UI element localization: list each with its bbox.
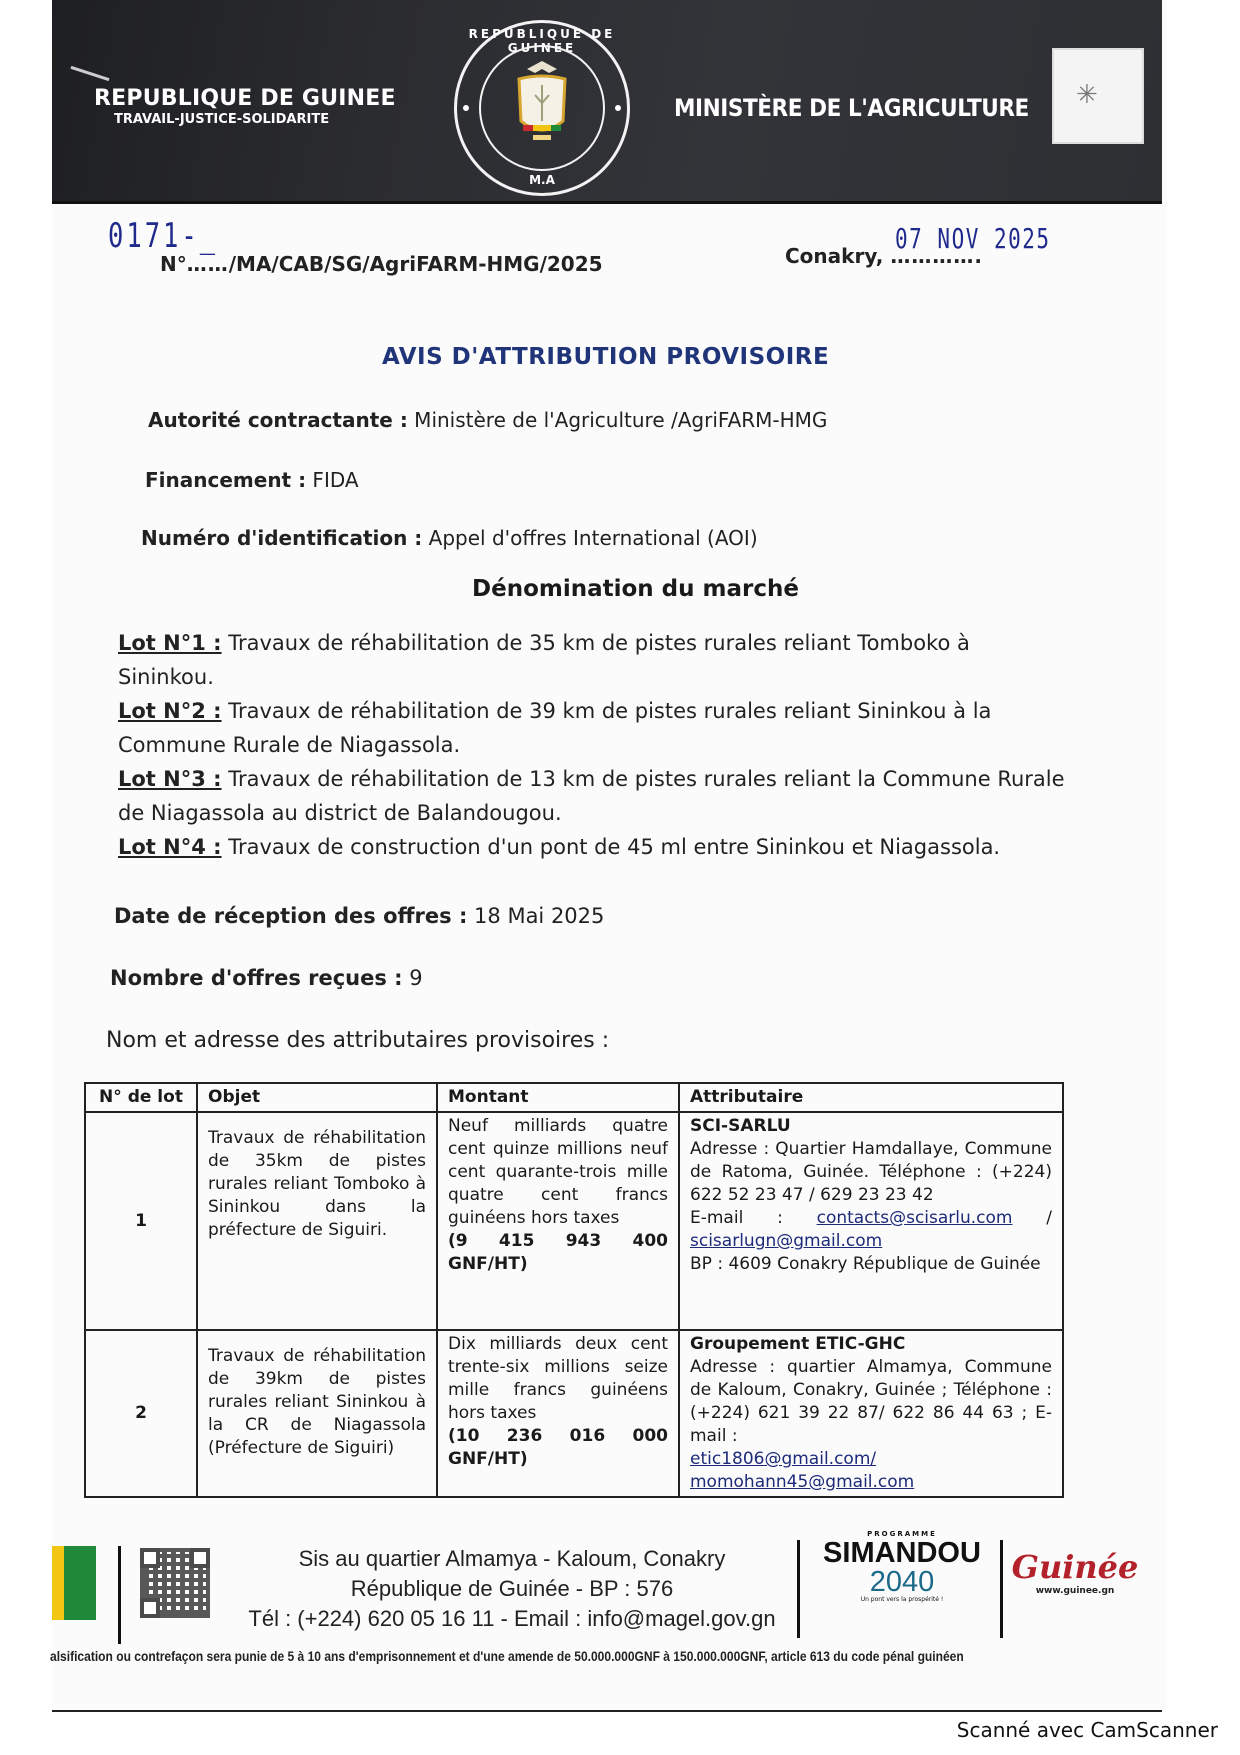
- email-link[interactable]: scisarlugn@gmail.com: [690, 1231, 882, 1251]
- identification-number: Numéro d'identification : Appel d'offres…: [141, 526, 758, 550]
- table-row: 2 Travaux de réhabilitation de 39km de p…: [85, 1330, 1063, 1497]
- divider: [118, 1546, 121, 1644]
- scanner-watermark: Scanné avec CamScanner: [957, 1718, 1218, 1742]
- column-header-attributaire: Attributaire: [679, 1083, 1063, 1112]
- lot-amount: Neuf milliards quatre cent quinze millio…: [437, 1112, 679, 1330]
- lot-number: 2: [85, 1330, 197, 1497]
- financing: Financement : FIDA: [145, 468, 359, 492]
- divider: [797, 1540, 800, 1638]
- lot-amount: Dix milliards deux cent trente-six milli…: [437, 1330, 679, 1497]
- header-banner: REPUBLIQUE DE GUINEE TRAVAIL-JUSTICE-SOL…: [52, 0, 1162, 204]
- lot-number: 1: [85, 1112, 197, 1330]
- email-link[interactable]: etic1806@gmail.com/: [690, 1449, 876, 1469]
- lot-awardee: SCI-SARLU Adresse : Quartier Hamdallaye,…: [679, 1112, 1063, 1330]
- lot-object: Travaux de réhabilitation de 35km de pis…: [197, 1112, 437, 1330]
- offers-reception-date: Date de réception des offres : 18 Mai 20…: [114, 904, 604, 928]
- document-title: AVIS D'ATTRIBUTION PROVISOIRE: [382, 344, 829, 370]
- awardees-table: N° de lot Objet Montant Attributaire 1 T…: [84, 1082, 1064, 1498]
- contracting-authority: Autorité contractante : Ministère de l'A…: [148, 408, 827, 432]
- lot-awardee: Groupement ETIC-GHC Adresse : quartier A…: [679, 1330, 1063, 1497]
- divider: [1000, 1540, 1003, 1638]
- coat-of-arms-icon: [497, 59, 587, 153]
- column-header-lot: N° de lot: [85, 1083, 197, 1112]
- ministry-name: MINISTÈRE DE L'AGRICULTURE: [674, 94, 1029, 122]
- column-header-montant: Montant: [437, 1083, 679, 1112]
- awardees-label: Nom et adresse des attributaires proviso…: [106, 1028, 609, 1053]
- national-motto: TRAVAIL-JUSTICE-SOLIDARITE: [114, 112, 329, 127]
- market-heading: Dénomination du marché: [472, 576, 799, 602]
- guinea-flag-icon: [52, 1546, 96, 1620]
- ministry-logo-icon: ✳: [1052, 48, 1144, 144]
- reference-stamp-number: 0171-_: [108, 216, 218, 256]
- lots-list: Lot N°1 : Travaux de réhabilitation de 3…: [118, 626, 1068, 864]
- seal-bottom-text: M.A: [457, 173, 627, 187]
- lot-object: Travaux de réhabilitation de 39km de pis…: [197, 1330, 437, 1497]
- guinee-logo: Guinée www.guinee.gn: [1010, 1548, 1140, 1596]
- legal-notice: alsification ou contrefaçon sera punie d…: [50, 1648, 996, 1664]
- lot-item: Lot N°1 : Travaux de réhabilitation de 3…: [118, 626, 1068, 694]
- email-link[interactable]: contacts@scisarlu.com: [817, 1208, 1013, 1228]
- ministry-seal: REPUBLIQUE DE GUINEE M.A: [454, 20, 630, 196]
- simandou-2040-logo: PROGRAMME SIMANDOU 2040 Un pont vers la …: [812, 1530, 992, 1603]
- lot-item: Lot N°4 : Travaux de construction d'un p…: [118, 830, 1068, 864]
- country-name: REPUBLIQUE DE GUINEE: [94, 86, 396, 111]
- reference-number: N°……/MA/CAB/SG/AgriFARM-HMG/2025: [160, 252, 603, 276]
- date-stamp: 07 NOV 2025: [895, 222, 1051, 255]
- offers-received-count: Nombre d'offres reçues : 9: [110, 966, 423, 990]
- column-header-objet: Objet: [197, 1083, 437, 1112]
- lot-item: Lot N°3 : Travaux de réhabilitation de 1…: [118, 762, 1068, 830]
- ministry-address: Sis au quartier Almamya - Kaloum, Conakr…: [232, 1544, 792, 1634]
- table-row: 1 Travaux de réhabilitation de 35km de p…: [85, 1112, 1063, 1330]
- lot-item: Lot N°2 : Travaux de réhabilitation de 3…: [118, 694, 1068, 762]
- qr-code-icon: [140, 1548, 210, 1618]
- email-link[interactable]: momohann45@gmail.com: [690, 1472, 914, 1492]
